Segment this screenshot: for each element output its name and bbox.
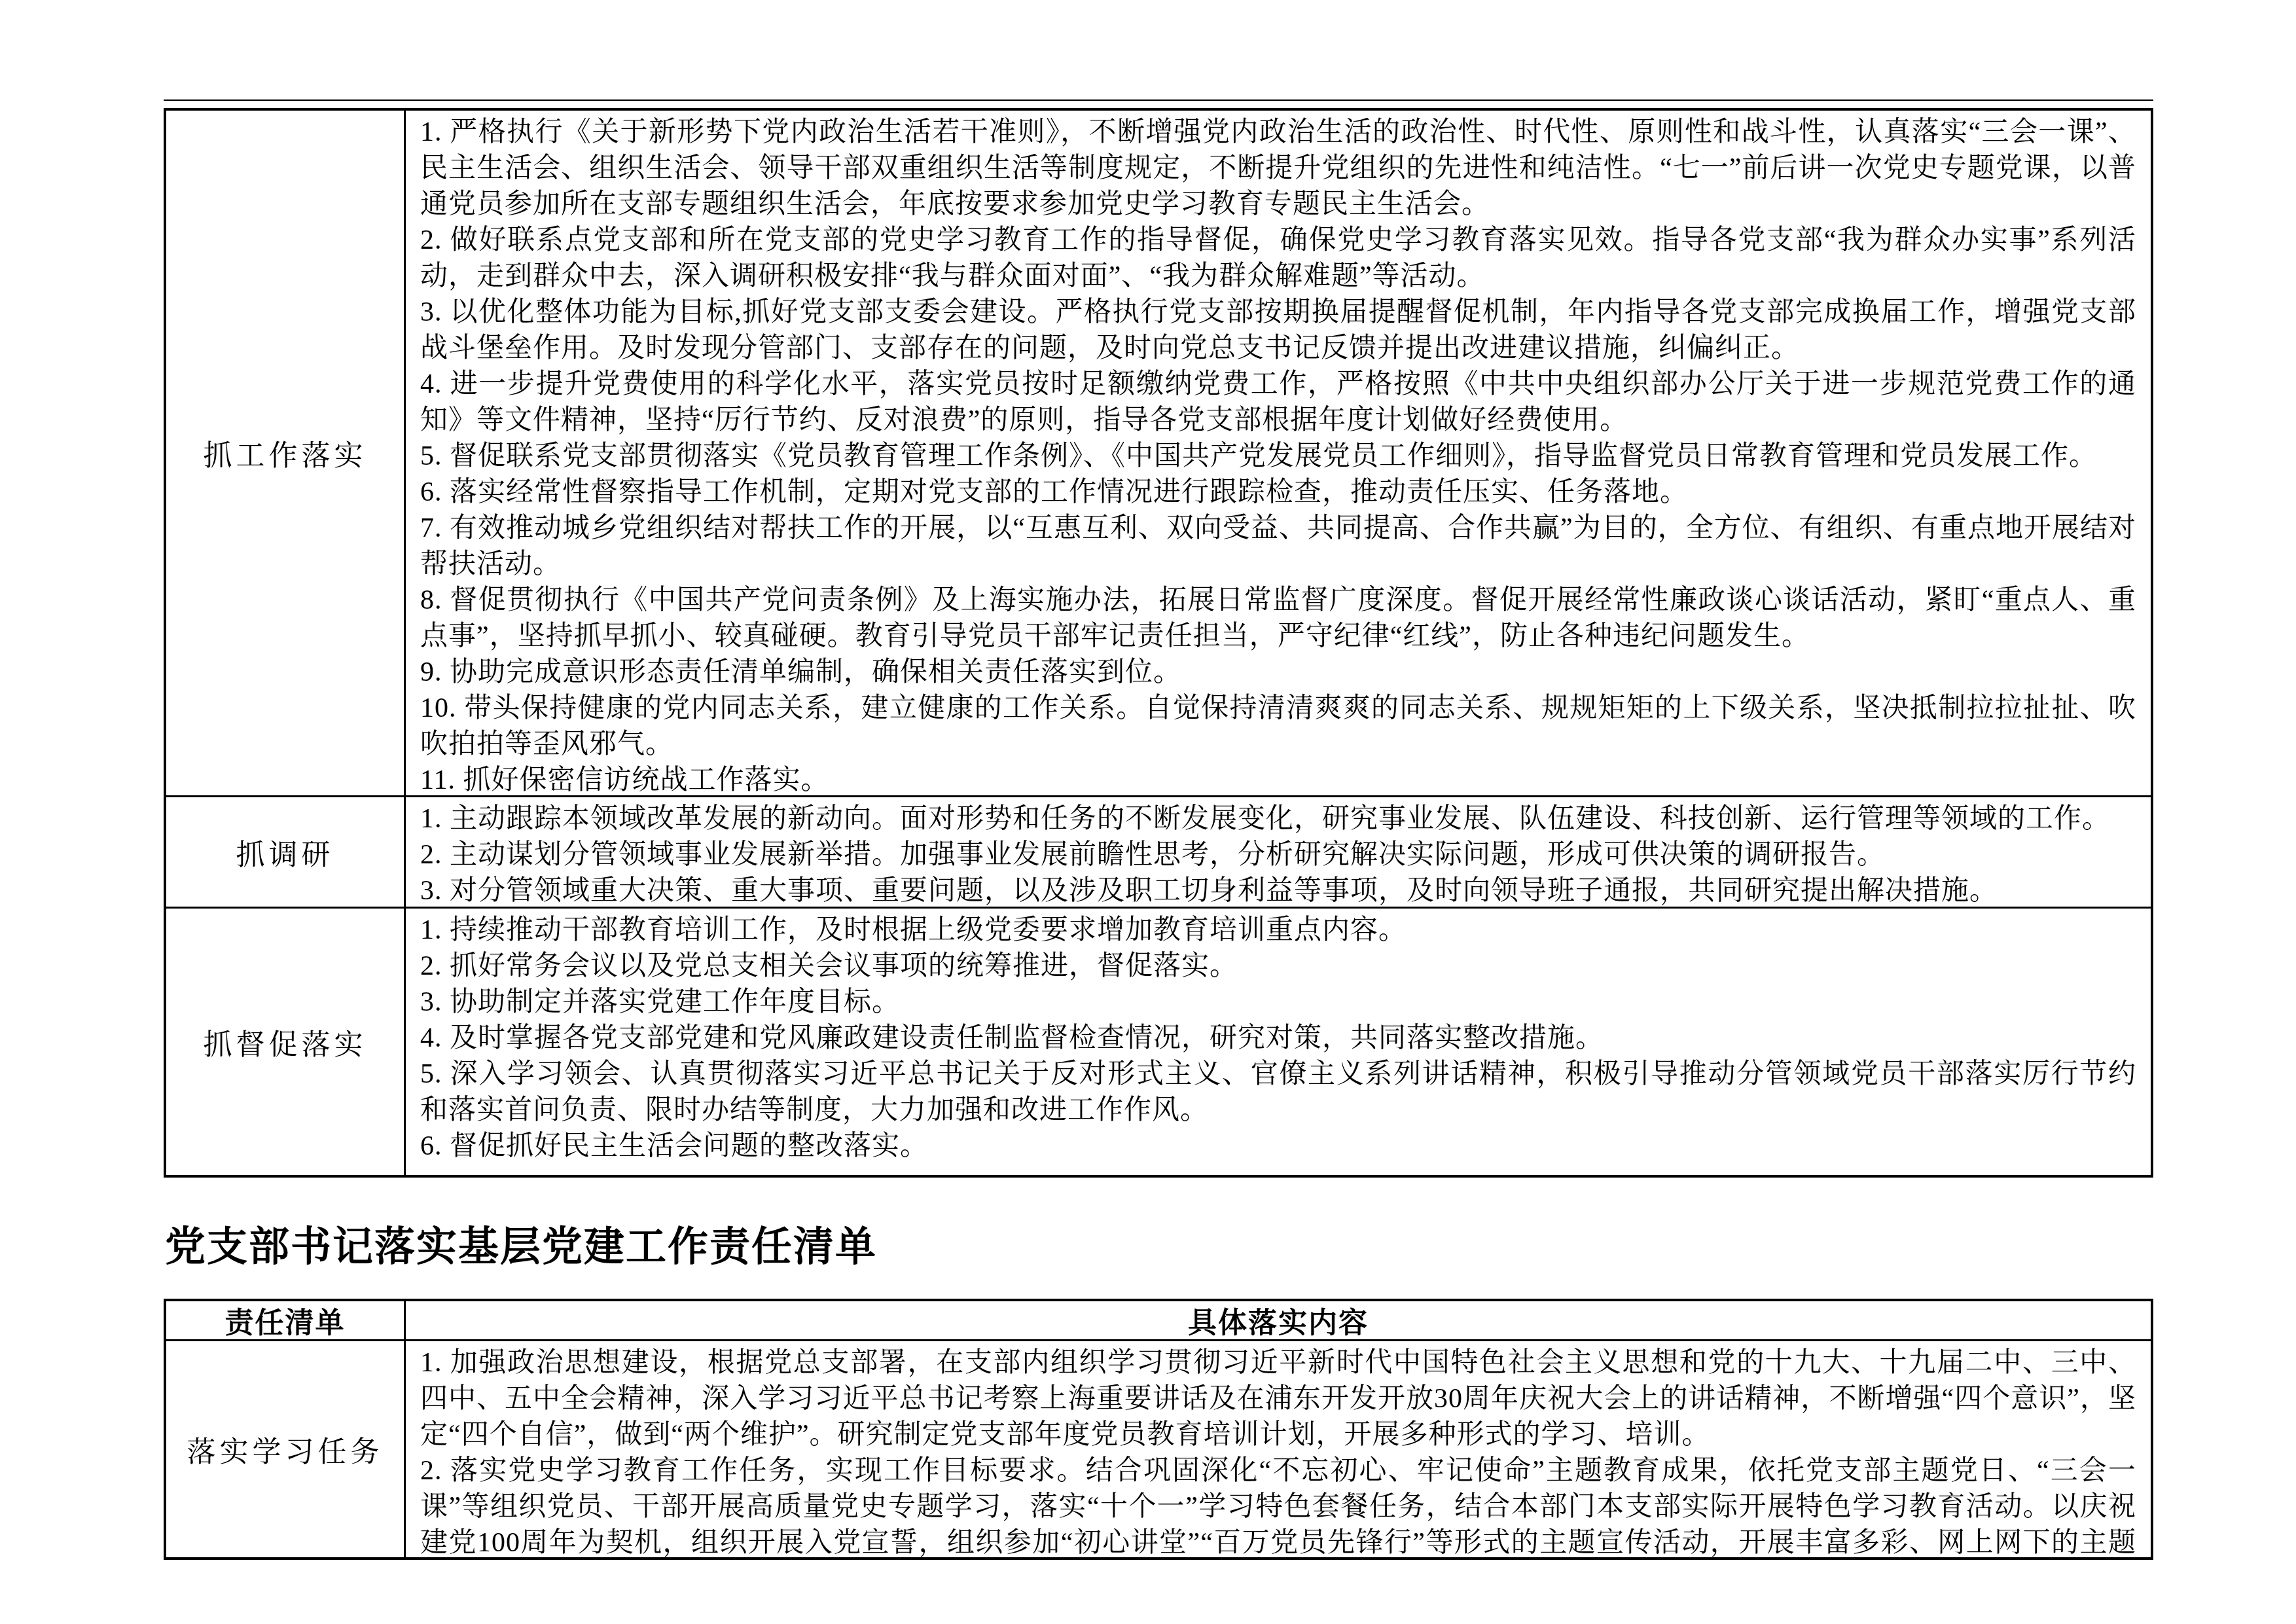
list-item: 2. 落实党史学习教育工作任务，实现工作目标要求。结合巩固深化“不忘初心、牢记使… [420,1453,2136,1557]
row-content: 1. 主动跟踪本领域改革发展的新动向。面对形势和任务的不断发展变化，研究事业发展… [406,797,2151,907]
list-item: 1. 持续推动干部教育培训工作，及时根据上级党委要求增加教育培训重点内容。 [420,912,2136,948]
list-item: 9. 协助完成意识形态责任清单编制，确保相关责任落实到位。 [420,655,2136,691]
table-row: 落实学习任务 1. 加强政治思想建设，根据党总支部署，在支部内组织学习贯彻习近平… [166,1339,2151,1557]
list-item: 3. 对分管领域重大决策、重大事项、重要问题，以及涉及职工切身利益等事项，及时向… [420,873,2136,907]
table-header-row: 责任清单 具体落实内容 [166,1301,2151,1339]
list-item: 1. 主动跟踪本领域改革发展的新动向。面对形势和任务的不断发展变化，研究事业发展… [420,801,2136,837]
list-item: 6. 落实经常性督察指导工作机制，定期对党支部的工作情况进行跟踪检查，推动责任压… [420,475,2136,511]
row-content: 1. 加强政治思想建设，根据党总支部署，在支部内组织学习贯彻习近平新时代中国特色… [406,1341,2151,1557]
row-content: 1. 严格执行《关于新形势下党内政治生活若干准则》，不断增强党内政治生活的政治性… [406,111,2151,795]
column-header-content: 具体落实内容 [406,1301,2151,1339]
row-label: 落实学习任务 [166,1341,406,1557]
list-item: 8. 督促贯彻执行《中国共产党问责条例》及上海实施办法，拓展日常监督广度深度。督… [420,583,2136,655]
list-item: 2. 主动谋划分管领域事业发展新举措。加强事业发展前瞻性思考，分析研究解决实际问… [420,837,2136,873]
list-item: 4. 及时掌握各党支部党建和党风廉政建设责任制监督检查情况，研究对策，共同落实整… [420,1020,2136,1056]
list-item: 5. 深入学习领会、认真贯彻落实习近平总书记关于反对形式主义、官僚主义系列讲话精… [420,1056,2136,1128]
list-item: 2. 做好联系点党支部和所在党支部的党史学习教育工作的指导督促，确保党史学习教育… [420,223,2136,295]
responsibility-table: 责任清单 具体落实内容 落实学习任务 1. 加强政治思想建设，根据党总支部署，在… [164,1299,2153,1560]
list-item: 10. 带头保持健康的党内同志关系，建立健康的工作关系。自觉保持清清爽爽的同志关… [420,691,2136,763]
row-label: 抓调研 [166,797,406,907]
list-item: 6. 督促抓好民主生活会问题的整改落实。 [420,1128,2136,1164]
table-continuation-line [164,99,2153,101]
table-row: 抓督促落实 1. 持续推动干部教育培训工作，及时根据上级党委要求增加教育培训重点… [166,907,2151,1175]
list-item: 11. 抓好保密信访统战工作落实。 [420,763,2136,795]
table-row: 抓工作落实 1. 严格执行《关于新形势下党内政治生活若干准则》，不断增强党内政治… [166,111,2151,795]
document-page: 抓工作落实 1. 严格执行《关于新形势下党内政治生活若干准则》，不断增强党内政治… [0,0,2296,1624]
list-item: 5. 督促联系党支部贯彻落实《党员教育管理工作条例》、《中国共产党发展党员工作细… [420,439,2136,475]
table-row: 抓调研 1. 主动跟踪本领域改革发展的新动向。面对形势和任务的不断发展变化，研究… [166,795,2151,907]
row-content: 1. 持续推动干部教育培训工作，及时根据上级党委要求增加教育培训重点内容。2. … [406,909,2151,1175]
row-label: 抓督促落实 [166,909,406,1175]
column-header-list: 责任清单 [166,1301,406,1339]
list-item: 4. 进一步提升党费使用的科学化水平，落实党员按时足额缴纳党费工作，严格按照《中… [420,367,2136,439]
list-item: 1. 加强政治思想建设，根据党总支部署，在支部内组织学习贯彻习近平新时代中国特色… [420,1345,2136,1453]
row-label: 抓工作落实 [166,111,406,795]
list-item: 3. 协助制定并落实党建工作年度目标。 [420,984,2136,1020]
list-item: 2. 抓好常务会议以及党总支相关会议事项的统筹推进，督促落实。 [420,948,2136,984]
list-item: 1. 严格执行《关于新形势下党内政治生活若干准则》，不断增强党内政治生活的政治性… [420,115,2136,223]
section-title: 党支部书记落实基层党建工作责任清单 [165,1214,877,1272]
duties-table: 抓工作落实 1. 严格执行《关于新形势下党内政治生活若干准则》，不断增强党内政治… [164,108,2153,1178]
list-item: 3. 以优化整体功能为目标,抓好党支部支委会建设。严格执行党支部按期换届提醒督促… [420,295,2136,367]
list-item: 7. 有效推动城乡党组织结对帮扶工作的开展，以“互惠互利、双向受益、共同提高、合… [420,511,2136,583]
